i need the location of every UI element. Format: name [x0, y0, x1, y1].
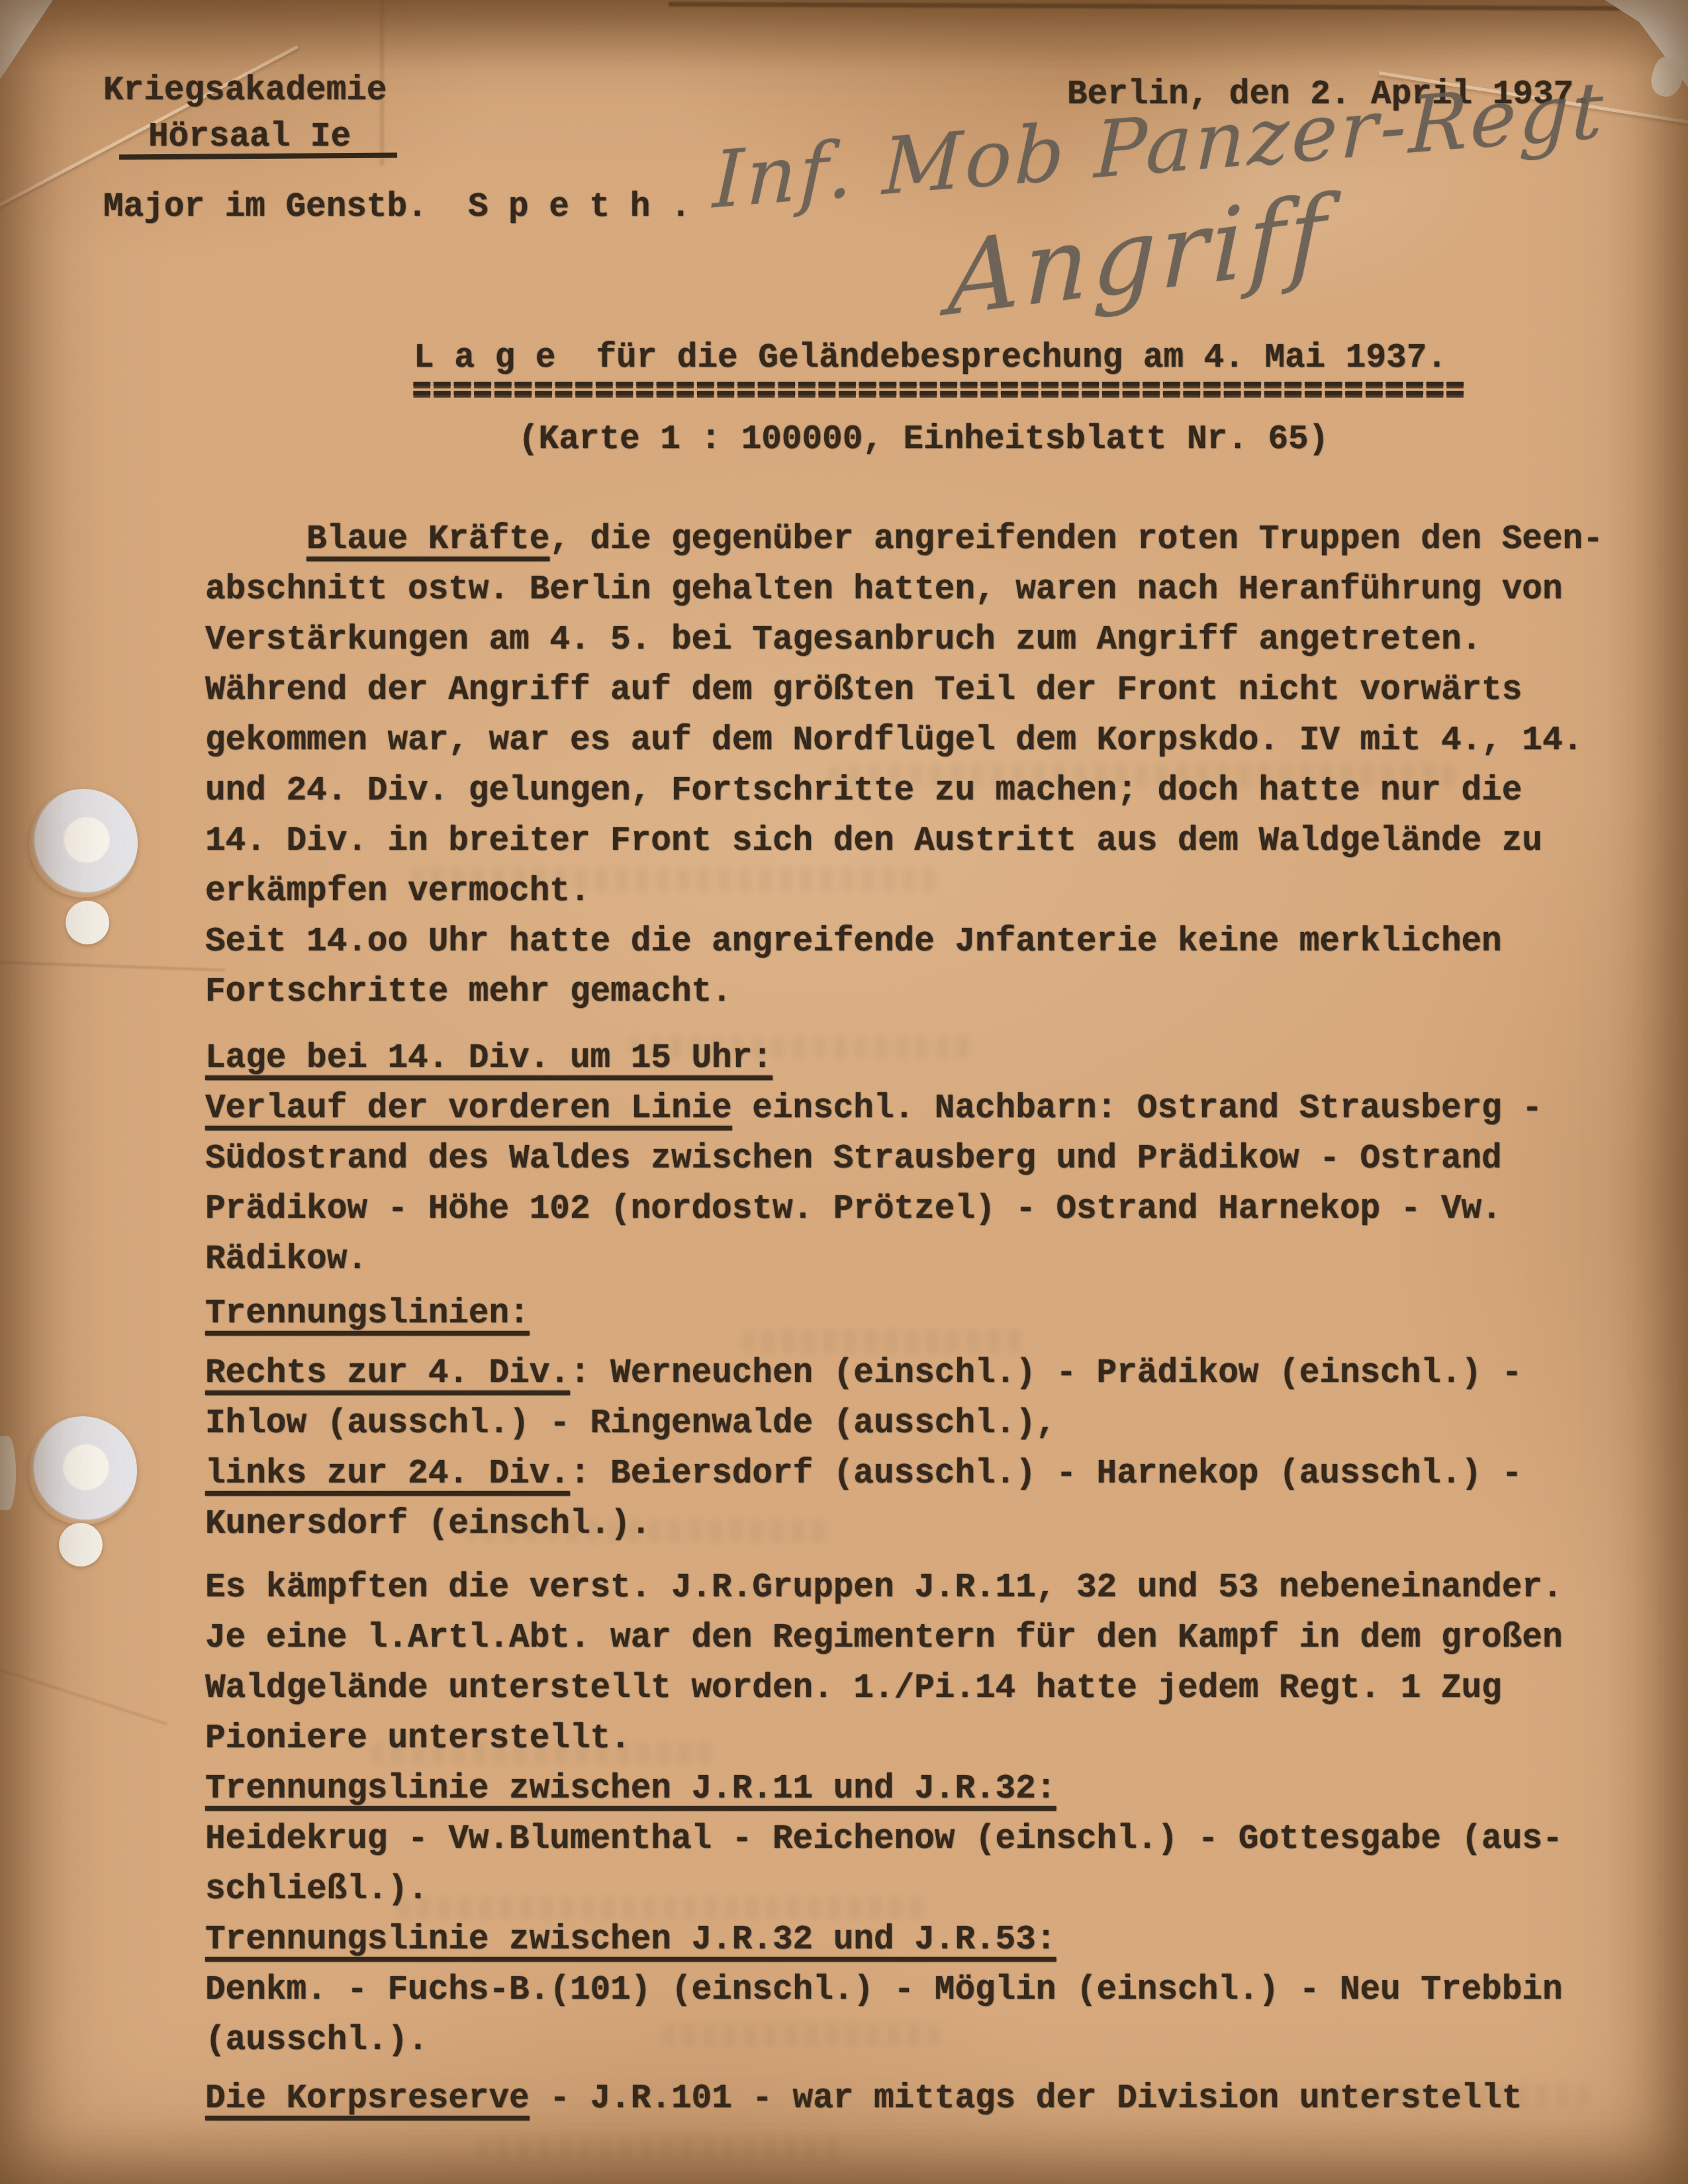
typed-line: Trennungslinie zwischen J.R.11 und J.R.3…	[205, 1764, 1662, 1815]
title-double-rule: ========================================…	[412, 373, 1465, 412]
typed-text: 14. Div. in breiter Front sich den Austr…	[205, 823, 1542, 860]
typed-text: - J.R.101 - war mittags der Division unt…	[530, 2080, 1523, 2118]
typed-text: schließl.).	[205, 1871, 428, 1909]
map-reference: (Karte 1 : 100000, Einheitsblatt Nr. 65)	[518, 420, 1329, 460]
scanned-document-page: Kriegsakademie Hörsaal Ie Major im Genst…	[0, 0, 1688, 2184]
underlined-text: links zur 24. Div.	[205, 1455, 570, 1493]
top-edge-shadow	[0, 0, 1688, 73]
typed-line: Trennungslinie zwischen J.R.32 und J.R.5…	[205, 1915, 1662, 1966]
header-author: Major im Genstb. S p e t h .	[103, 188, 691, 228]
typed-text: Kunersdorf (einschl.).	[205, 1506, 651, 1543]
typed-text: abschnitt ostw. Berlin gehalten hatten, …	[205, 571, 1563, 609]
typed-line: Die Korpsreserve - J.R.101 - war mittags…	[205, 2074, 1662, 2124]
header-room: Hörsaal Ie	[148, 118, 351, 158]
underlined-text: Rechts zur 4. Div.	[205, 1355, 570, 1392]
typed-line: links zur 24. Div.: Beiersdorf (ausschl.…	[205, 1449, 1662, 1500]
typed-line: Es kämpften die verst. J.R.Gruppen J.R.1…	[205, 1563, 1662, 1614]
typed-line: Prädikow - Höhe 102 (nordostw. Prötzel) …	[205, 1185, 1662, 1235]
typed-line: Trennungslinien:	[205, 1289, 1662, 1340]
typed-text: : Werneuchen (einschl.) - Prädikow (eins…	[570, 1355, 1522, 1392]
typed-line: schließl.).	[205, 1865, 1662, 1915]
typed-line: Lage bei 14. Div. um 15 Uhr:	[205, 1034, 1662, 1084]
bleed-through-mark	[477, 2138, 847, 2160]
typed-line: und 24. Div. gelungen, Fortschritte zu m…	[205, 766, 1662, 817]
underlined-text: Trennungslinie zwischen J.R.32 und J.R.5…	[205, 1921, 1056, 1959]
torn-edge-left	[0, 1436, 16, 1510]
typed-line: Blaue Kräfte, die gegenüber angreifenden…	[205, 515, 1662, 565]
underlined-text: Die Korpsreserve	[205, 2080, 530, 2118]
typed-text: Verstärkungen am 4. 5. bei Tagesanbruch …	[205, 621, 1481, 659]
typed-text: (ausschl.).	[205, 2022, 428, 2060]
typed-line: Rädikow.	[205, 1235, 1662, 1285]
underlined-text: Trennungslinien:	[205, 1295, 530, 1333]
typed-line: Rechts zur 4. Div.: Werneuchen (einschl.…	[205, 1349, 1662, 1399]
typed-text: : Beiersdorf (ausschl.) - Harnekop (auss…	[570, 1455, 1522, 1493]
typed-text: Rädikow.	[205, 1241, 367, 1279]
typed-line: Ihlow (ausschl.) - Ringenwalde (ausschl.…	[205, 1399, 1662, 1449]
hole-punch-reinforcement-ring	[28, 1416, 137, 1525]
document-body: Blaue Kräfte, die gegenüber angreifenden…	[205, 515, 1662, 2124]
underlined-text: Verlauf der vorderen Linie	[205, 1090, 732, 1128]
typed-text: Es kämpften die verst. J.R.Gruppen J.R.1…	[205, 1569, 1563, 1607]
typed-text: , die gegenüber angreifenden roten Trupp…	[549, 521, 1603, 559]
typed-line: Waldgelände unterstellt worden. 1./Pi.14…	[205, 1664, 1662, 1714]
hole-punch	[66, 901, 109, 944]
typed-text: Pioniere unterstellt.	[205, 1720, 631, 1758]
typed-line: Seit 14.oo Uhr hatte die angreifende Jnf…	[205, 917, 1662, 968]
underlined-text: Lage bei 14. Div. um 15 Uhr:	[205, 1040, 773, 1077]
crease	[0, 961, 225, 972]
header-room-underline	[119, 153, 397, 160]
typed-text: Prädikow - Höhe 102 (nordostw. Prötzel) …	[205, 1191, 1502, 1228]
typed-line: Pioniere unterstellt.	[205, 1714, 1662, 1764]
typed-text: Ihlow (ausschl.) - Ringenwalde (ausschl.…	[205, 1405, 1056, 1443]
crease	[0, 1666, 168, 1725]
typed-text: Südostrand des Waldes zwischen Strausber…	[205, 1140, 1502, 1178]
typed-line: Fortschritte mehr gemacht.	[205, 968, 1662, 1018]
typed-text: erkämpfen vermocht.	[205, 873, 590, 911]
typed-text: und 24. Div. gelungen, Fortschritte zu m…	[205, 772, 1522, 810]
typed-line: Denkm. - Fuchs-B.(101) (einschl.) - Mögl…	[205, 1966, 1662, 2016]
typed-line: Südostrand des Waldes zwischen Strausber…	[205, 1134, 1662, 1185]
typed-text: Fortschritte mehr gemacht.	[205, 974, 732, 1011]
typed-text: einschl. Nachbarn: Ostrand Strausberg -	[732, 1090, 1542, 1128]
typed-line: Kunersdorf (einschl.).	[205, 1500, 1662, 1550]
typed-text: Während der Angriff auf dem größten Teil…	[205, 672, 1522, 709]
typed-text: Heidekrug - Vw.Blumenthal - Reichenow (e…	[205, 1821, 1563, 1858]
typed-text: gekommen war, war es auf dem Nordflügel …	[205, 722, 1583, 760]
hole-punch	[59, 1523, 103, 1567]
typed-line: Während der Angriff auf dem größten Teil…	[205, 666, 1662, 716]
typed-text: Seit 14.oo Uhr hatte die angreifende Jnf…	[205, 923, 1502, 961]
typed-line: erkämpfen vermocht.	[205, 867, 1662, 917]
typed-line: (ausschl.).	[205, 2016, 1662, 2066]
typed-line: gekommen war, war es auf dem Nordflügel …	[205, 716, 1662, 766]
typed-text: Je eine l.Artl.Abt. war den Regimentern …	[205, 1619, 1563, 1657]
typed-line: abschnitt ostw. Berlin gehalten hatten, …	[205, 565, 1662, 615]
underlined-text: Trennungslinie zwischen J.R.11 und J.R.3…	[205, 1770, 1056, 1808]
typed-text: Denkm. - Fuchs-B.(101) (einschl.) - Mögl…	[205, 1972, 1563, 2009]
typed-line: Verlauf der vorderen Linie einschl. Nach…	[205, 1084, 1662, 1134]
hole-punch-reinforcement-ring	[29, 789, 138, 897]
typed-line: Je eine l.Artl.Abt. war den Regimentern …	[205, 1614, 1662, 1664]
underlined-text: Blaue Kräfte	[306, 521, 549, 559]
typed-text: Waldgelände unterstellt worden. 1./Pi.14…	[205, 1670, 1502, 1707]
typed-line: Verstärkungen am 4. 5. bei Tagesanbruch …	[205, 615, 1662, 666]
typed-line: 14. Div. in breiter Front sich den Austr…	[205, 817, 1662, 867]
header-organization: Kriegsakademie	[103, 71, 387, 111]
typed-line: Heidekrug - Vw.Blumenthal - Reichenow (e…	[205, 1815, 1662, 1865]
